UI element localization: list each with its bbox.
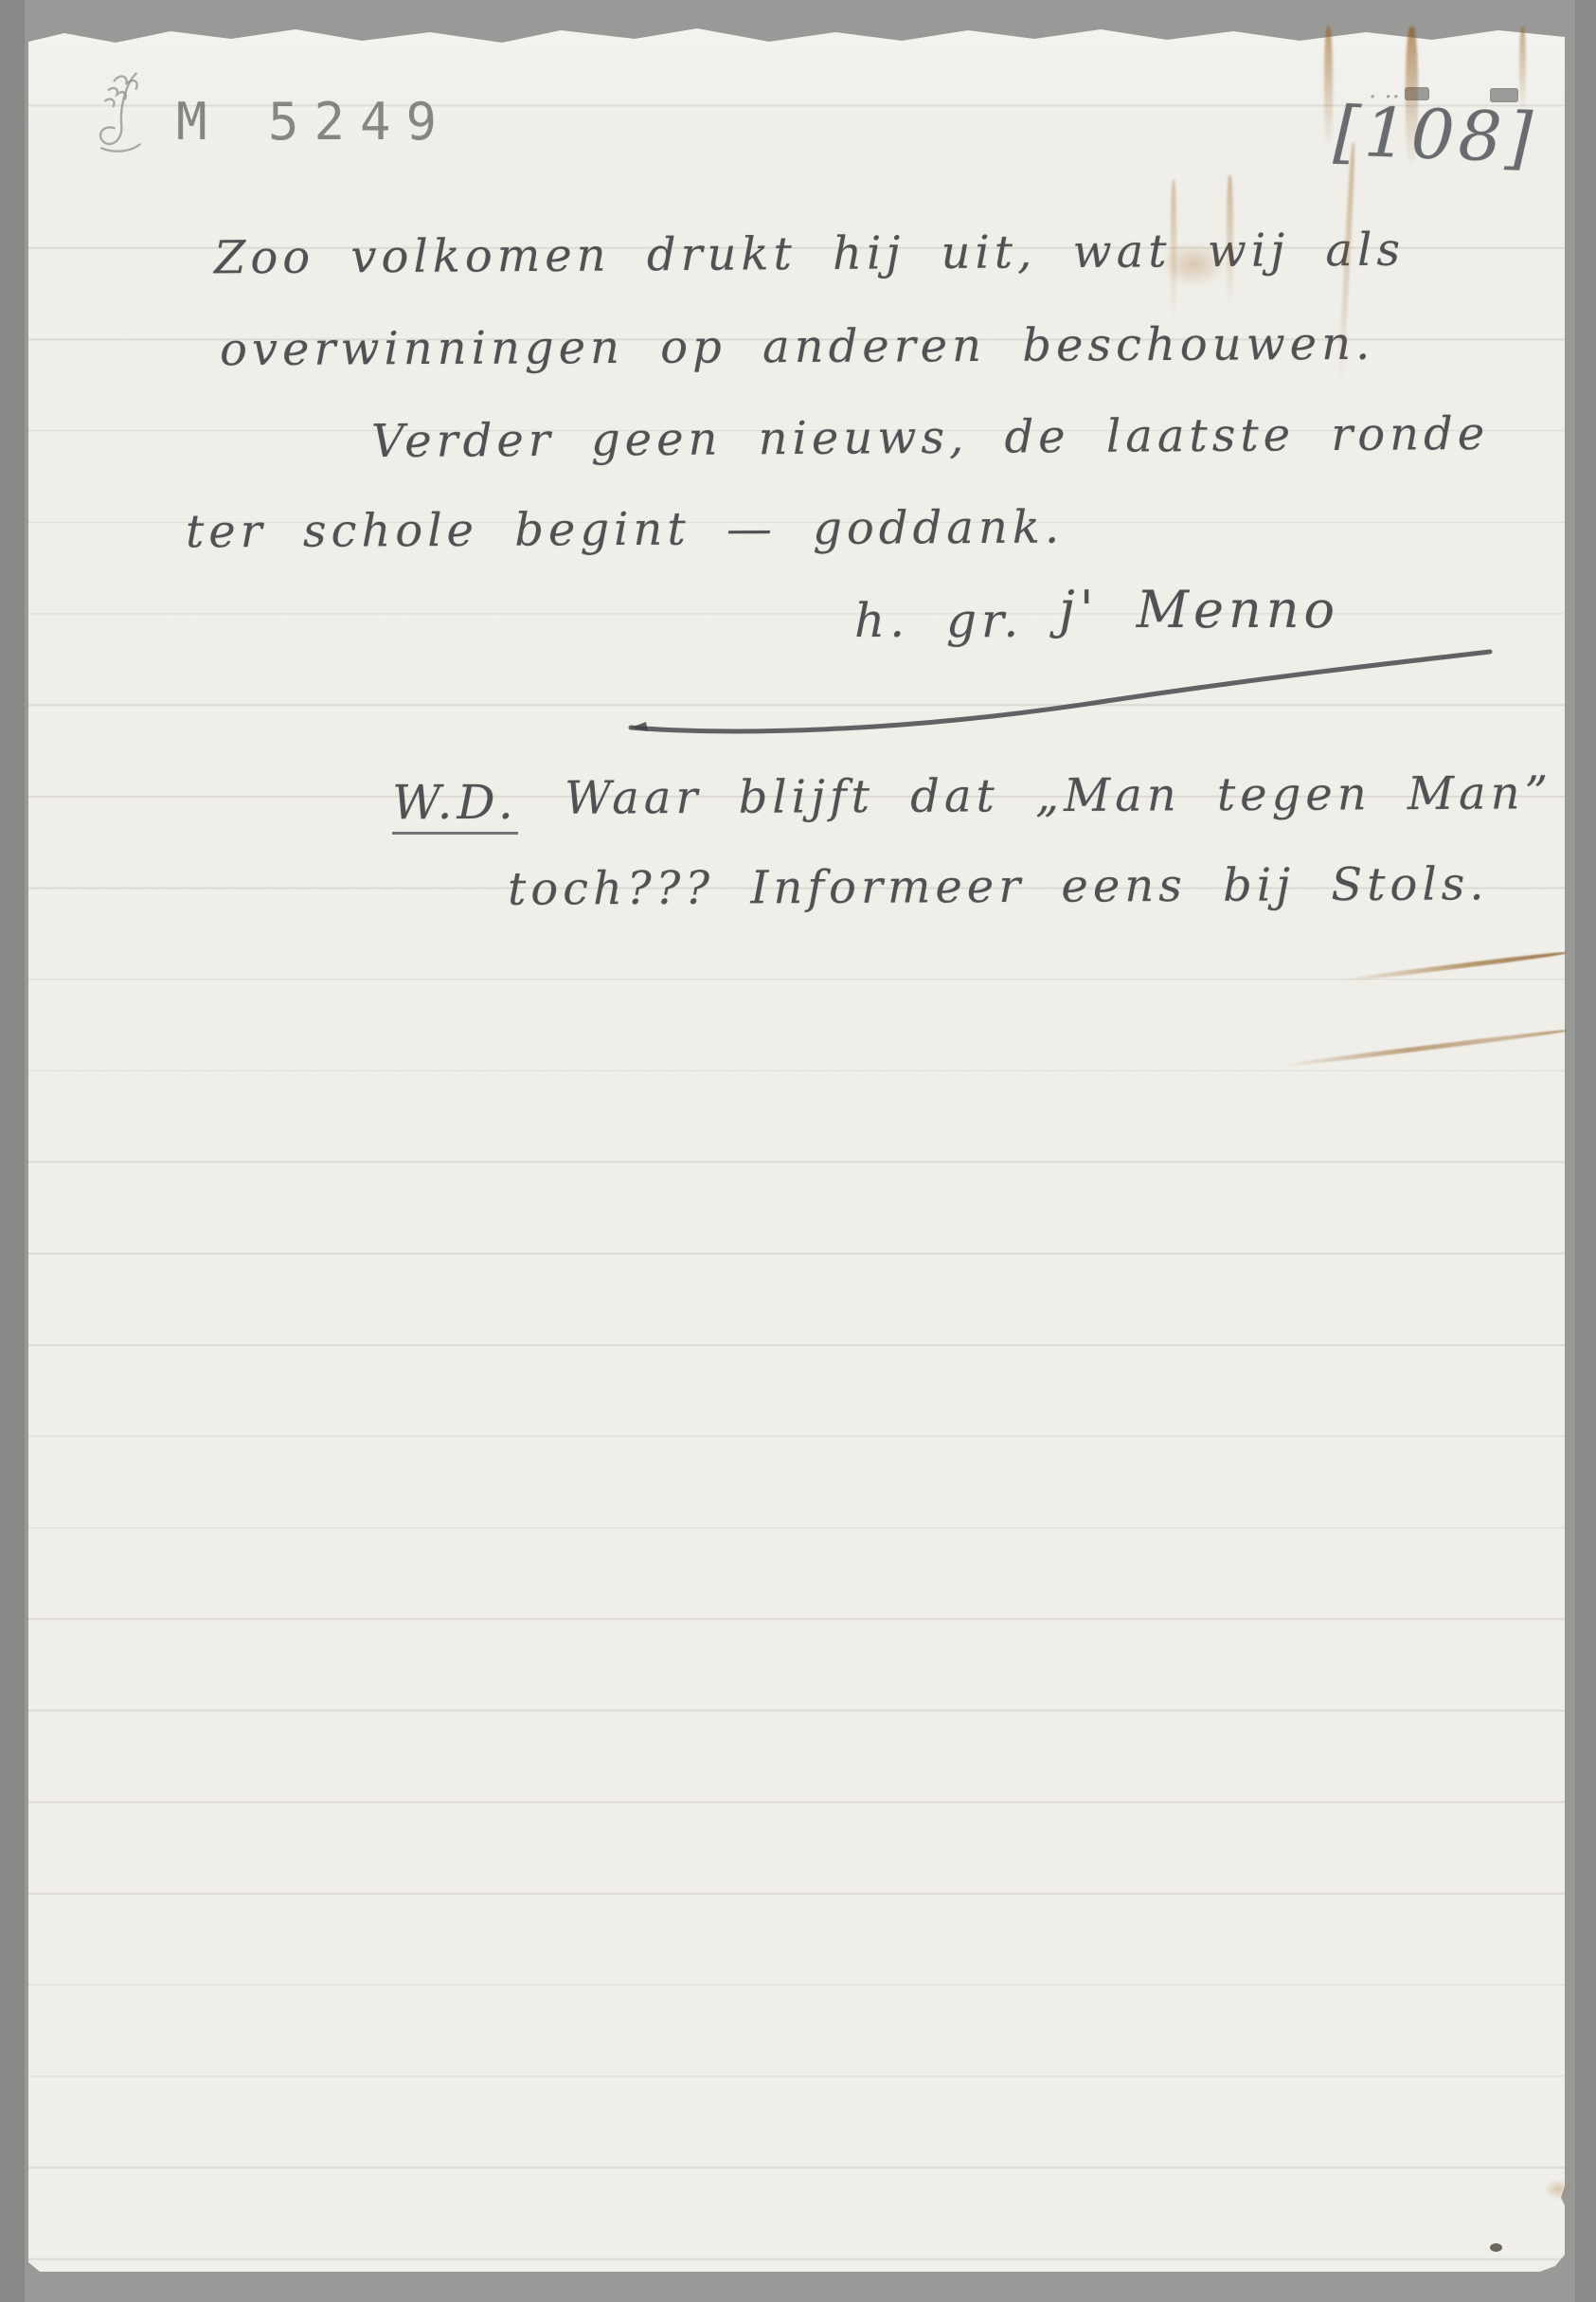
scan-edge-shadow-left: [0, 0, 25, 2302]
letter-page: M 5249 [108] · ·· Zoo volkomen drukt hij…: [28, 27, 1565, 2272]
paper-damage-chip: [1405, 87, 1429, 100]
postscript-label-text: W.D.: [392, 775, 518, 835]
paper-damage-chip: [1490, 88, 1518, 102]
letter-body-line-3: Verder geen nieuws, de laatste ronde: [371, 407, 1490, 468]
letter-body-line-1: Zoo volkomen drukt hij uit, wat wij als: [214, 224, 1405, 285]
archive-stamp-code: M 5249: [176, 92, 452, 155]
letter-body-line-2: overwinningen op anderen beschouwen.: [220, 317, 1375, 376]
pencil-fragment-mark: · ··: [1369, 83, 1400, 112]
signature-underline-flourish: [614, 623, 1499, 756]
page-number-annotation: [108]: [1333, 91, 1537, 177]
scan-edge-shadow-right: [1575, 0, 1596, 2302]
postscript-label: W.D.: [392, 775, 518, 830]
postscript-line-1: Waar blijft dat „Man tegen Man”: [565, 766, 1552, 824]
archive-stamp: M 5249: [83, 64, 452, 155]
letter-body-line-4: ter schole begint — goddank.: [186, 501, 1064, 559]
dirt-speck: [1490, 2243, 1502, 2252]
lion-monogram-icon: [83, 64, 174, 155]
postscript-line-2: toch??? Informeer eens bij Stols.: [508, 857, 1489, 915]
